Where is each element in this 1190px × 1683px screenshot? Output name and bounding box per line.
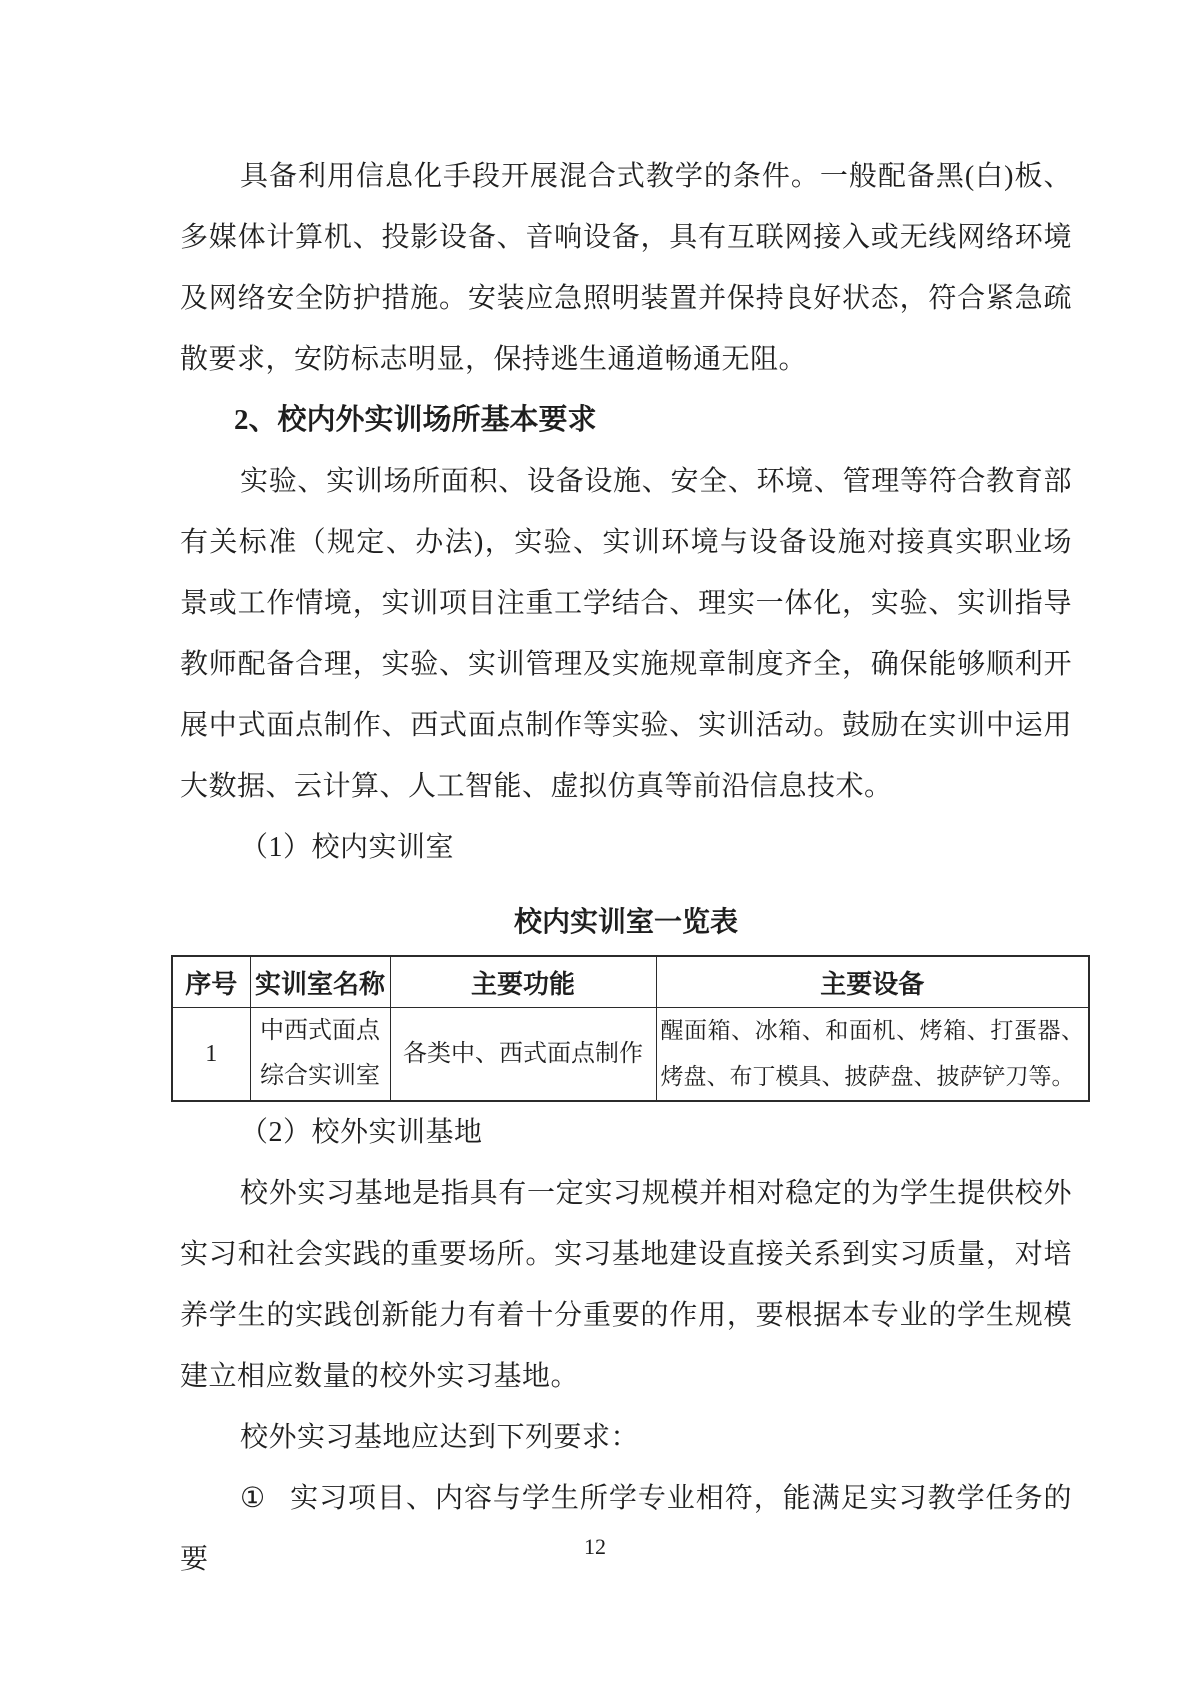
- document-content: 具备利用信息化手段开展混合式教学的条件。一般配备黑(白)板、多媒体计算机、投影设…: [180, 146, 1072, 1590]
- paragraph-offcampus-requirements-intro: 校外实习基地应达到下列要求：: [180, 1407, 1072, 1468]
- paragraph-offcampus-base-description: 校外实习基地是指具有一定实习规模并相对稳定的为学生提供校外实习和社会实践的重要场…: [180, 1163, 1072, 1407]
- cell-no: 1: [172, 1008, 250, 1102]
- subsection-campus-training-room: （1）校内实训室: [180, 817, 1072, 878]
- paragraph-training-place-requirements: 实验、实训场所面积、设备设施、安全、环境、管理等符合教育部有关标准（规定、办法)…: [180, 451, 1072, 817]
- document-page: 具备利用信息化手段开展混合式教学的条件。一般配备黑(白)板、多媒体计算机、投影设…: [0, 0, 1190, 1683]
- table-row: 1 中西式面点综合实训室 各类中、西式面点制作 醒面箱、冰箱、和面机、烤箱、打蛋…: [172, 1008, 1089, 1102]
- col-header-main-equipment: 主要设备: [656, 956, 1089, 1008]
- page-number: 12: [0, 1534, 1190, 1560]
- list-item-1: ①实习项目、内容与学生所学专业相符，能满足实习教学任务的要: [180, 1468, 1072, 1590]
- cell-main-function: 各类中、西式面点制作: [390, 1008, 656, 1102]
- col-header-room-name: 实训室名称: [250, 956, 390, 1008]
- paragraph-classroom-conditions: 具备利用信息化手段开展混合式教学的条件。一般配备黑(白)板、多媒体计算机、投影设…: [180, 146, 1072, 390]
- section-heading-training-places: 2、校内外实训场所基本要求: [180, 390, 1072, 451]
- list-item-1-marker: ①: [240, 1483, 266, 1514]
- cell-room-name: 中西式面点综合实训室: [250, 1008, 390, 1102]
- col-header-no: 序号: [172, 956, 250, 1008]
- cell-main-equipment: 醒面箱、冰箱、和面机、烤箱、打蛋器、烤盘、布丁模具、披萨盘、披萨铲刀等。: [656, 1008, 1089, 1102]
- subsection-offcampus-base: （2）校外实训基地: [180, 1102, 1072, 1163]
- list-item-1-text: 实习项目、内容与学生所学专业相符，能满足实习教学任务的要: [180, 1483, 1072, 1575]
- training-room-table: 序号 实训室名称 主要功能 主要设备 1 中西式面点综合实训室 各类中、西式面点…: [171, 955, 1090, 1102]
- table-header-row: 序号 实训室名称 主要功能 主要设备: [172, 956, 1089, 1008]
- table-title: 校内实训室一览表: [180, 892, 1072, 953]
- col-header-main-function: 主要功能: [390, 956, 656, 1008]
